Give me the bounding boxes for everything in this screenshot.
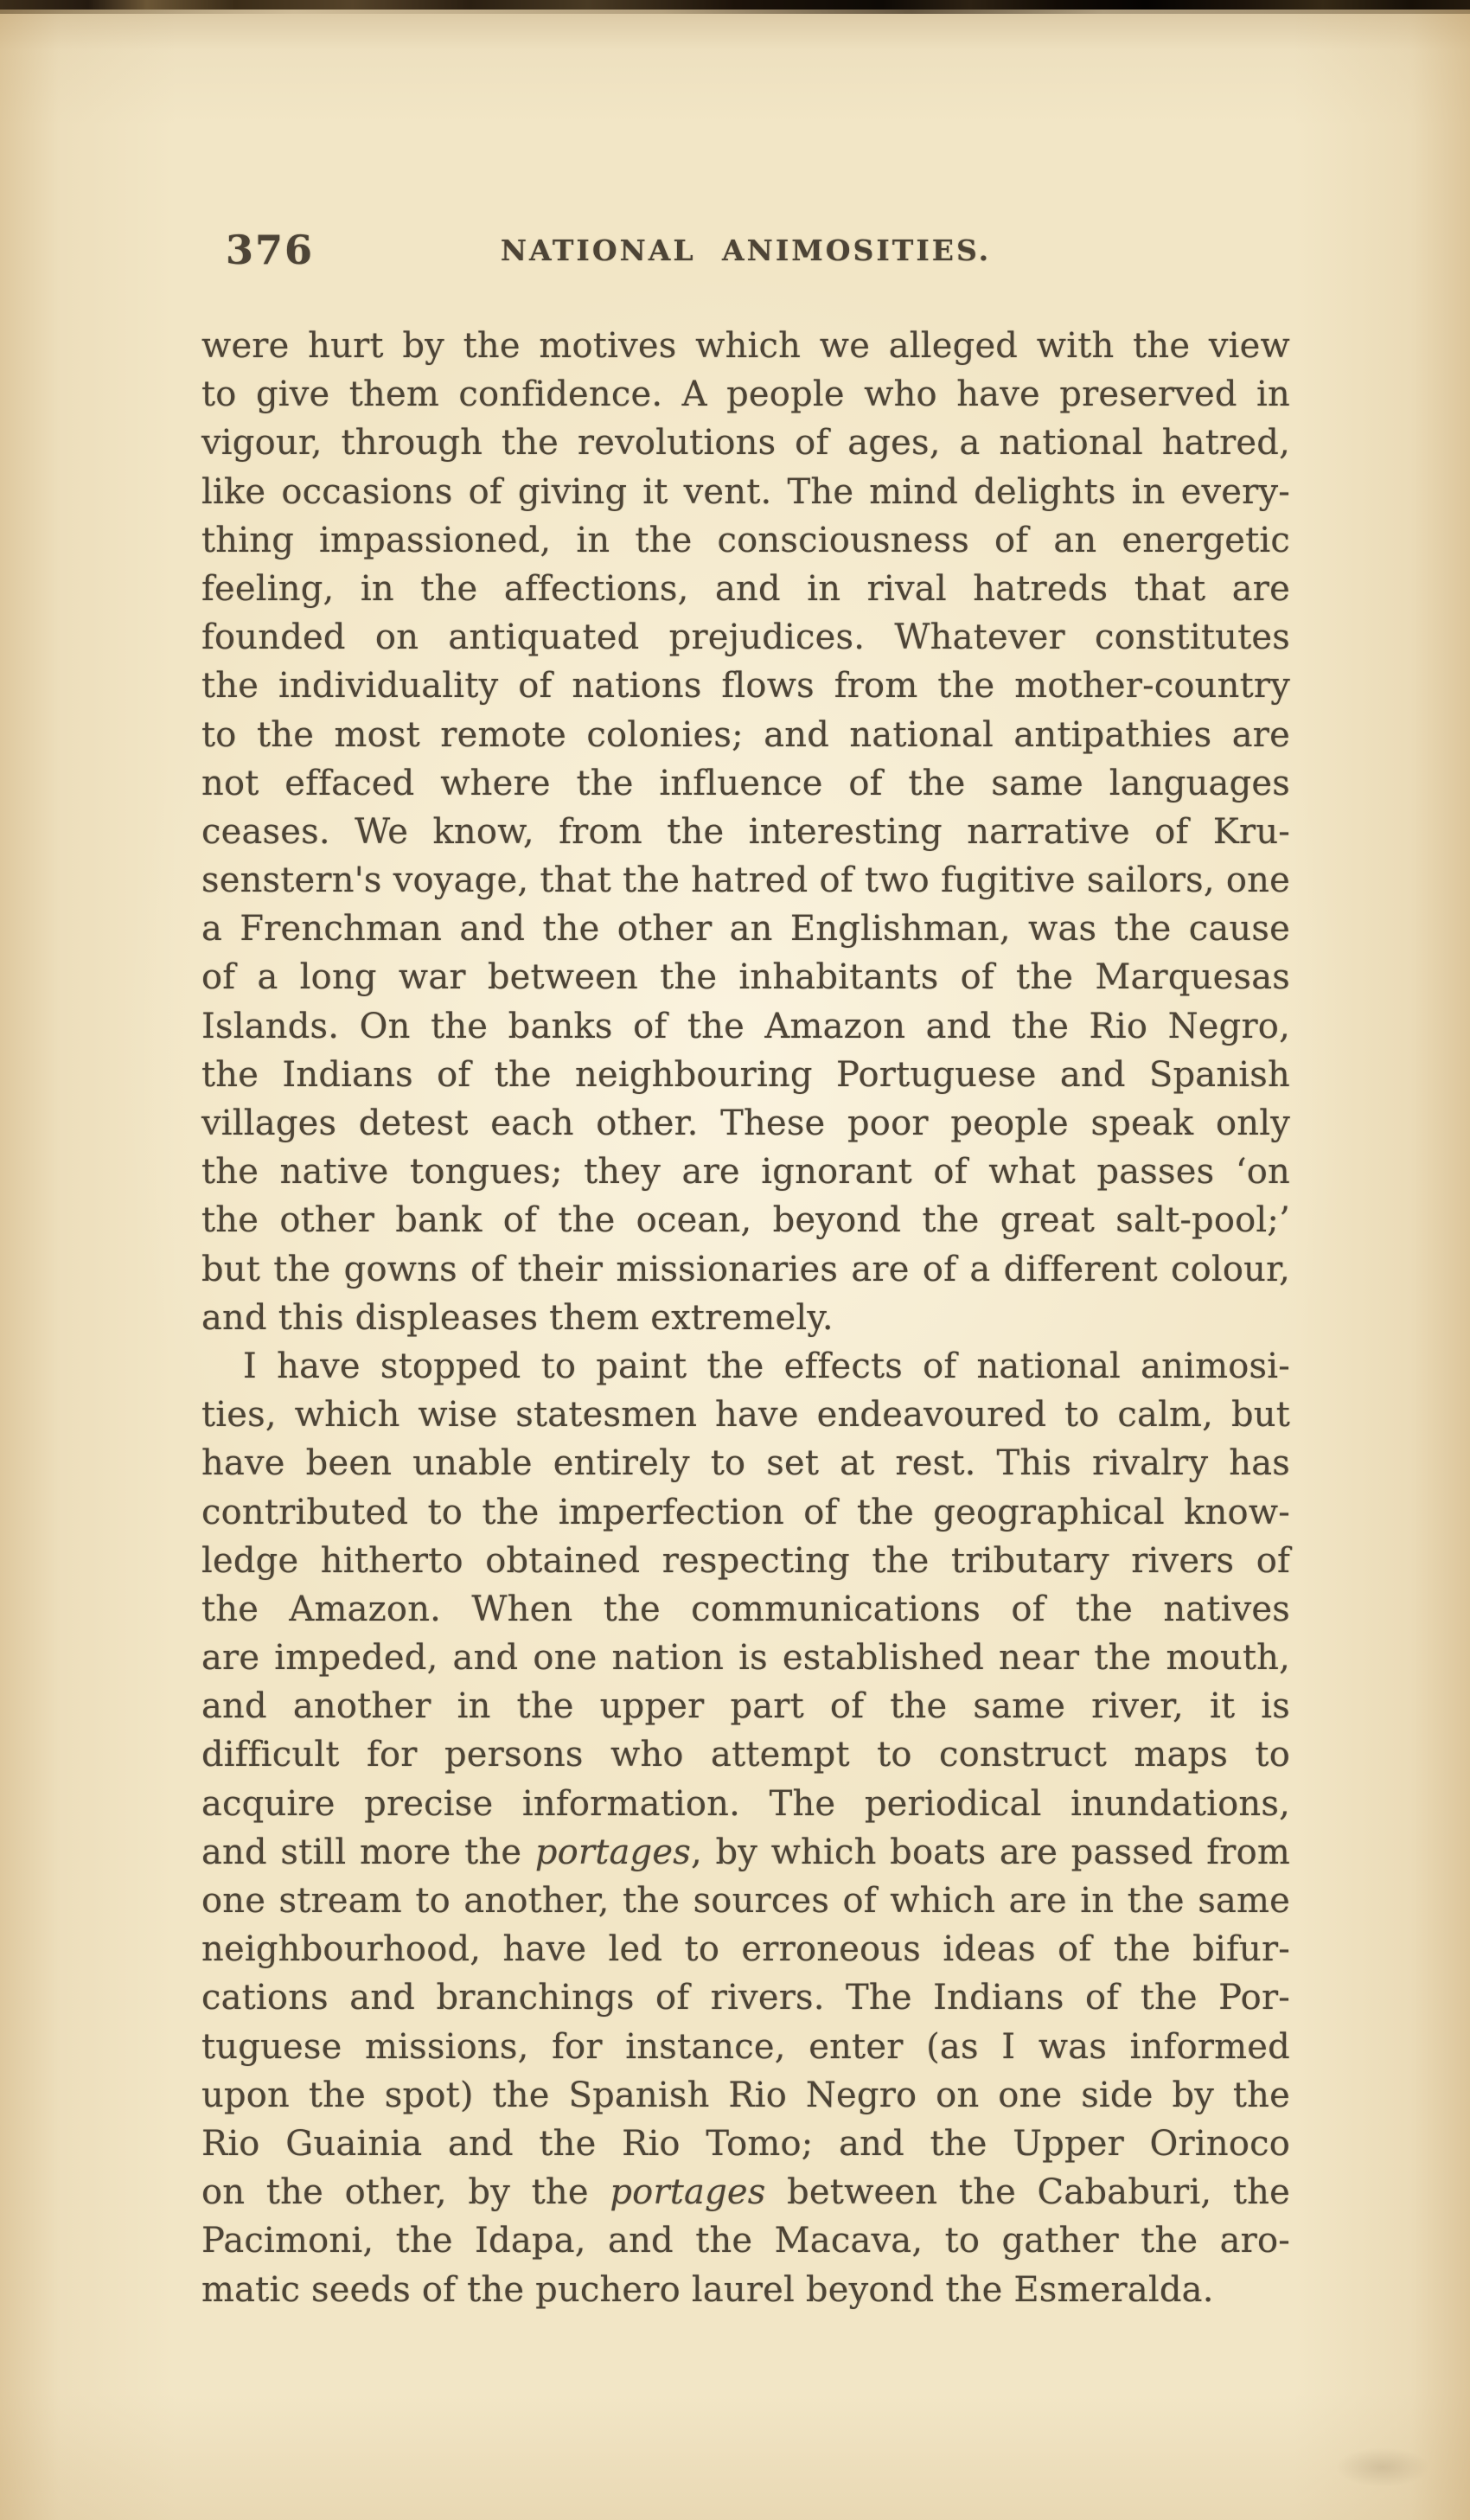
text-line: like occasions of giving it vent. The mi… — [201, 468, 1290, 516]
text-line: Islands. On the banks of the Amazon and … — [201, 1002, 1290, 1051]
text-segment: have been unable entirely to set at rest… — [201, 1443, 1290, 1483]
text-segment: tuguese missions, for instance, enter (a… — [201, 2027, 1290, 2067]
text-line: thing impassioned, in the consciousness … — [201, 516, 1290, 565]
text-line: have been unable entirely to set at rest… — [201, 1439, 1290, 1487]
text-segment: acquire precise information. The periodi… — [201, 1784, 1290, 1824]
text-segment: founded on antiquated prejudices. Whatev… — [201, 617, 1290, 657]
text-line: but the gowns of their missionaries are … — [201, 1245, 1290, 1294]
text-line: on the other, by the portages between th… — [201, 2168, 1290, 2216]
text-line: Pacimoni, the Idapa, and the Macava, to … — [201, 2216, 1290, 2265]
text-segment: were hurt by the motives which we allege… — [201, 326, 1290, 366]
text-segment: ceases. We know, from the interesting na… — [201, 812, 1290, 852]
text-segment: the Amazon. When the communications of t… — [201, 1589, 1290, 1629]
text-segment: ledge hitherto obtained respecting the t… — [201, 1541, 1290, 1581]
text-segment: difficult for persons who attempt to con… — [201, 1735, 1290, 1775]
text-line: the individuality of nations flows from … — [201, 662, 1290, 710]
text-line: I have stopped to paint the effects of n… — [201, 1342, 1290, 1391]
text-line: villages detest each other. These poor p… — [201, 1099, 1290, 1148]
text-line: are impeded, and one nation is establish… — [201, 1634, 1290, 1682]
text-segment: a Frenchman and the other an Englishman,… — [201, 909, 1290, 949]
text-segment: on the other, by the — [201, 2172, 610, 2212]
text-line: one stream to another, the sources of wh… — [201, 1877, 1290, 1925]
text-segment: and still more the — [201, 1832, 535, 1872]
text-line: founded on antiquated prejudices. Whatev… — [201, 613, 1290, 662]
page-header: 376 NATIONAL ANIMOSITIES. — [201, 227, 1290, 278]
text-line: the other bank of the ocean, beyond the … — [201, 1196, 1290, 1244]
text-segment: of a long war between the inhabitants of… — [201, 957, 1290, 997]
text-line: feeling, in the affections, and in rival… — [201, 565, 1290, 613]
text-segment: upon the spot) the Spanish Rio Negro on … — [201, 2075, 1290, 2115]
text-line: upon the spot) the Spanish Rio Negro on … — [201, 2071, 1290, 2120]
italic-text-segment: portages — [535, 1832, 691, 1872]
text-segment: to give them confidence. A people who ha… — [201, 374, 1290, 414]
italic-text-segment: portages — [610, 2172, 765, 2212]
scan-top-edge-shadow — [0, 10, 1470, 14]
text-segment: Rio Guainia and the Rio Tomo; and the Up… — [201, 2124, 1290, 2164]
text-line: to the most remote colonies; and nationa… — [201, 711, 1290, 759]
text-segment: neighbourhood, have led to erroneous ide… — [201, 1929, 1290, 1969]
scan-top-edge — [0, 0, 1470, 10]
text-line: a Frenchman and the other an Englishman,… — [201, 905, 1290, 953]
text-segment: Pacimoni, the Idapa, and the Macava, to … — [201, 2221, 1290, 2261]
text-line: tuguese missions, for instance, enter (a… — [201, 2023, 1290, 2071]
text-line: ceases. We know, from the interesting na… — [201, 808, 1290, 856]
text-segment: not effaced where the influence of the s… — [201, 764, 1290, 803]
scanned-book-page: 376 NATIONAL ANIMOSITIES. were hurt by t… — [0, 0, 1470, 2520]
text-line: and another in the upper part of the sam… — [201, 1682, 1290, 1730]
text-line: the Amazon. When the communications of t… — [201, 1585, 1290, 1634]
text-line: acquire precise information. The periodi… — [201, 1780, 1290, 1828]
text-line: neighbourhood, have led to erroneous ide… — [201, 1925, 1290, 1973]
page-body-text: were hurt by the motives which we allege… — [201, 322, 1290, 2314]
text-segment: senstern's voyage, that the hatred of tw… — [201, 860, 1290, 900]
text-line: were hurt by the motives which we allege… — [201, 322, 1290, 370]
text-segment: ties, which wise statesmen have endeavou… — [201, 1395, 1290, 1435]
text-line: vigour, through the revolutions of ages,… — [201, 419, 1290, 467]
text-segment: the other bank of the ocean, beyond the … — [201, 1200, 1290, 1240]
text-segment: to the most remote colonies; and nationa… — [201, 715, 1290, 755]
text-line: senstern's voyage, that the hatred of tw… — [201, 856, 1290, 905]
text-segment: vigour, through the revolutions of ages,… — [201, 423, 1290, 463]
text-line: of a long war between the inhabitants of… — [201, 953, 1290, 1001]
text-segment: the native tongues; they are ignorant of… — [201, 1152, 1290, 1192]
text-segment: one stream to another, the sources of wh… — [201, 1881, 1290, 1921]
text-line: to give them confidence. A people who ha… — [201, 370, 1290, 419]
text-segment: between the Cababuri, the — [766, 2172, 1290, 2212]
text-segment: the individuality of nations flows from … — [201, 666, 1290, 706]
text-line: ties, which wise statesmen have endeavou… — [201, 1391, 1290, 1439]
text-segment: feeling, in the affections, and in rival… — [201, 569, 1290, 609]
text-segment: are impeded, and one nation is establish… — [201, 1638, 1290, 1678]
running-header: NATIONAL ANIMOSITIES. — [201, 233, 1290, 267]
text-segment: thing impassioned, in the consciousness … — [201, 521, 1290, 560]
text-segment: cations and branchings of rivers. The In… — [201, 1978, 1290, 2018]
text-segment: villages detest each other. These poor p… — [201, 1103, 1290, 1143]
text-segment: but the gowns of their missionaries are … — [201, 1250, 1290, 1289]
text-line: cations and branchings of rivers. The In… — [201, 1973, 1290, 2022]
text-line: not effaced where the influence of the s… — [201, 759, 1290, 808]
text-line: matic seeds of the puchero laurel beyond… — [201, 2266, 1290, 2314]
text-line: ledge hitherto obtained respecting the t… — [201, 1537, 1290, 1585]
text-segment: the Indians of the neighbouring Portugue… — [201, 1055, 1290, 1095]
scan-smudge — [1335, 2447, 1430, 2487]
text-line: and still more the portages, by which bo… — [201, 1828, 1290, 1877]
text-segment: , by which boats are passed from — [691, 1832, 1290, 1872]
text-line: and this displeases them extremely. — [201, 1294, 1290, 1342]
text-segment: like occasions of giving it vent. The mi… — [201, 472, 1290, 512]
text-line: the native tongues; they are ignorant of… — [201, 1148, 1290, 1196]
text-segment: I have stopped to paint the effects of n… — [243, 1346, 1290, 1386]
text-segment: contributed to the imperfection of the g… — [201, 1493, 1290, 1532]
text-line: difficult for persons who attempt to con… — [201, 1730, 1290, 1779]
text-segment: and another in the upper part of the sam… — [201, 1686, 1290, 1726]
text-line: contributed to the imperfection of the g… — [201, 1488, 1290, 1537]
text-line: Rio Guainia and the Rio Tomo; and the Up… — [201, 2120, 1290, 2168]
text-segment: and this displeases them extremely. — [201, 1298, 834, 1338]
text-line: the Indians of the neighbouring Portugue… — [201, 1051, 1290, 1099]
text-segment: Islands. On the banks of the Amazon and … — [201, 1007, 1290, 1046]
text-segment: matic seeds of the puchero laurel beyond… — [201, 2270, 1214, 2310]
